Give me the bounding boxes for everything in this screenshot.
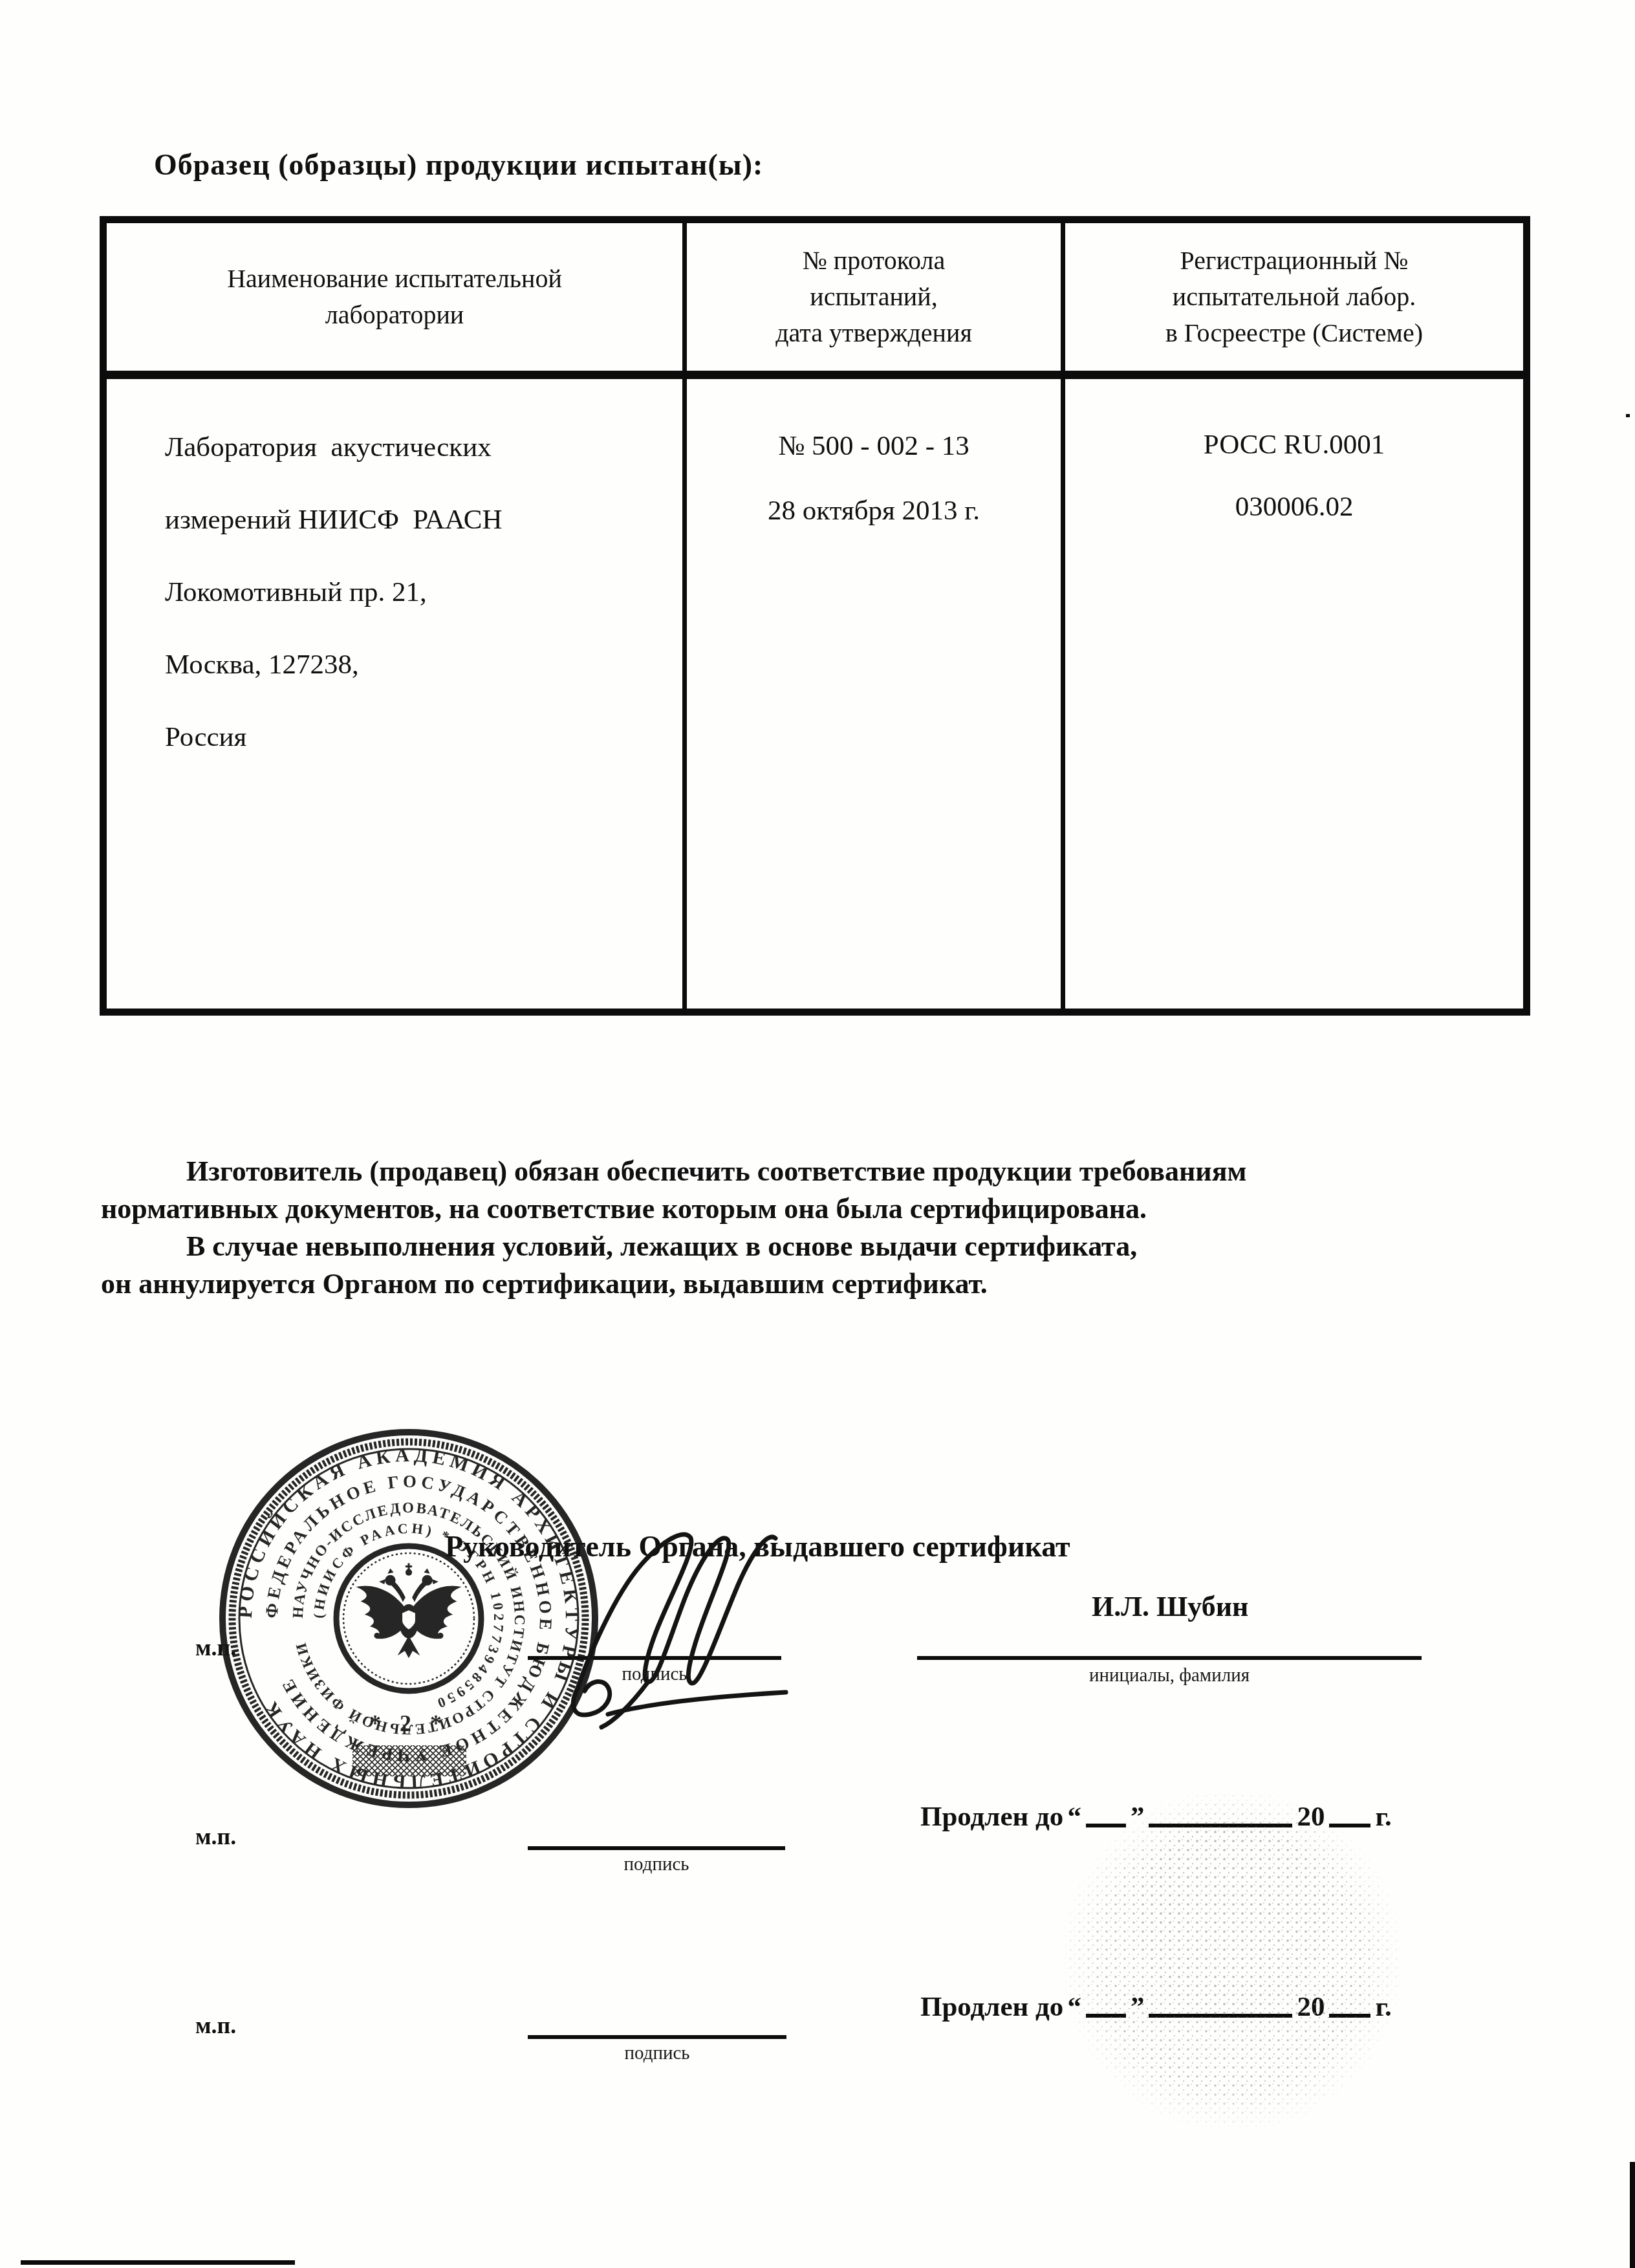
cell-registration: РОСС RU.0001030006.02 xyxy=(1061,379,1523,1009)
niisf-raasn-stamp: РОССИЙСКАЯ АКАДЕМИЯ АРХИТЕКТУРЫ И СТРОИТ… xyxy=(222,1432,595,1805)
cell-protocol: № 500 - 002 - 1328 октября 2013 г. xyxy=(682,379,1061,1009)
signature-line-3 xyxy=(528,2035,786,2039)
year-century: 20 xyxy=(1297,1991,1325,2023)
authority-head-name: И.Л. Шубин xyxy=(1092,1590,1248,1623)
compliance-notice: Изготовитель (продавец) обязан обеспечит… xyxy=(101,1153,1535,1303)
header-line: № протокола xyxy=(803,243,946,279)
notice-line: Изготовитель (продавец) обязан обеспечит… xyxy=(101,1153,1535,1190)
signature-caption-3: подпись xyxy=(528,2043,786,2064)
cell-lab-name: Лаборатория акустическихизмерений НИИСФ … xyxy=(107,379,682,1009)
notice-paragraph-2: В случае невыполнения условий, лежащих в… xyxy=(101,1228,1535,1303)
stamp-hatch-block xyxy=(352,1745,466,1776)
faded-stamp-watermark xyxy=(1059,1787,1405,2133)
year-blank-field xyxy=(1329,2007,1370,2018)
protocol-line: № 500 - 002 - 13 xyxy=(687,414,1061,479)
month-blank-field xyxy=(1149,2007,1292,2018)
prolong-row-2: Продлен до “ ” 20 г. xyxy=(918,1991,1394,2023)
year-century: 20 xyxy=(1297,1801,1325,1833)
col-header-protocol: № протоколаиспытаний,дата утверждения xyxy=(682,223,1061,371)
header-line: дата утверждения xyxy=(775,315,972,351)
year-suffix: г. xyxy=(1375,1801,1391,1833)
lab-name-line: Москва, 127238, xyxy=(165,629,669,701)
svg-text:ФЕДЕРАЛЬНОЕ ГОСУДАРСТВЕННОЕ БЮ: ФЕДЕРАЛЬНОЕ ГОСУДАРСТВЕННОЕ БЮДЖЕТНОЕ УЧ… xyxy=(262,1472,556,1766)
seal-place-label-2: м.п. xyxy=(195,1823,236,1850)
notice-paragraph-1: Изготовитель (продавец) обязан обеспечит… xyxy=(101,1153,1535,1228)
stamp-outer-ring xyxy=(222,1432,595,1805)
stamp-ring2-text: ФЕДЕРАЛЬНОЕ ГОСУДАРСТВЕННОЕ БЮДЖЕТНОЕ УЧ… xyxy=(262,1472,556,1766)
stamp-center-mark: * 2 * xyxy=(369,1710,448,1736)
page-title: Образец (образцы) продукции испытан(ы): xyxy=(154,147,763,182)
authority-head-title: Руководитель Органа, выдавшего сертифика… xyxy=(445,1529,1070,1564)
lab-name-line: Россия xyxy=(165,701,669,774)
day-blank-field xyxy=(1086,2007,1126,2018)
lab-name-line: измерений НИИСФ РААСН xyxy=(165,484,669,556)
registration-line: РОСС RU.0001 xyxy=(1065,414,1523,476)
lab-name-line: Лаборатория акустических xyxy=(165,411,669,484)
signature-caption-2: подпись xyxy=(528,1854,785,1875)
double-headed-eagle-emblem xyxy=(356,1563,461,1658)
svg-text:РОССИЙСКАЯ АКАДЕМИЯ АРХИТЕКТУР: РОССИЙСКАЯ АКАДЕМИЯ АРХИТЕКТУРЫ И СТРОИТ… xyxy=(235,1445,583,1793)
stamp-ring-outer-text: РОССИЙСКАЯ АКАДЕМИЯ АРХИТЕКТУРЫ И СТРОИТ… xyxy=(235,1445,583,1793)
initials-line xyxy=(917,1656,1422,1660)
day-blank-field xyxy=(1086,1817,1126,1827)
table-body-row: Лаборатория акустическихизмерений НИИСФ … xyxy=(107,379,1523,1009)
signature-line-1 xyxy=(528,1656,781,1660)
table-header-row: Наименование испытательнойлаборатории № … xyxy=(107,223,1523,379)
seal-place-label-3: м.п. xyxy=(195,2012,236,2039)
signature-line-2 xyxy=(528,1846,785,1850)
col-header-registration: Регистрационный №испытательной лабор.в Г… xyxy=(1061,223,1523,371)
initials-caption: инициалы, фамилия xyxy=(917,1665,1422,1686)
lab-name-line: Локомотивный пр. 21, xyxy=(165,556,669,629)
close-quote: ” xyxy=(1131,1801,1145,1833)
month-blank-field xyxy=(1149,1817,1292,1827)
open-quote: “ xyxy=(1067,1991,1081,2023)
seal-place-label-1: м.п. xyxy=(195,1634,236,1661)
header-line: в Госреестре (Системе) xyxy=(1165,315,1423,351)
prolong-label: Продлен до xyxy=(920,1801,1063,1833)
year-suffix: г. xyxy=(1375,1991,1391,2023)
header-line: испытаний, xyxy=(810,279,937,315)
close-quote: ” xyxy=(1131,1991,1145,2023)
test-lab-table: Наименование испытательнойлаборатории № … xyxy=(100,216,1530,1016)
stamp-inner-circle xyxy=(336,1546,481,1691)
signature-caption-1: подпись xyxy=(528,1664,781,1685)
prolong-row-1: Продлен до “ ” 20 г. xyxy=(918,1801,1394,1833)
header-line: испытательной лабор. xyxy=(1173,279,1416,315)
open-quote: “ xyxy=(1067,1801,1081,1833)
notice-line: нормативных документов, на соответствие … xyxy=(101,1190,1535,1228)
notice-line: он аннулируется Органом по сертификации,… xyxy=(101,1265,1535,1303)
col-header-lab-name: Наименование испытательнойлаборатории xyxy=(107,223,682,371)
header-line: Регистрационный № xyxy=(1180,243,1409,279)
prolong-label: Продлен до xyxy=(920,1991,1063,2023)
header-line: Наименование испытательной xyxy=(227,261,562,297)
notice-line: В случае невыполнения условий, лежащих в… xyxy=(101,1228,1535,1265)
header-line: лаборатории xyxy=(325,297,464,333)
registration-line: 030006.02 xyxy=(1065,476,1523,538)
certificate-page: Образец (образцы) продукции испытан(ы): … xyxy=(0,0,1635,2268)
year-blank-field xyxy=(1329,1817,1370,1827)
protocol-line: 28 октября 2013 г. xyxy=(687,479,1061,543)
